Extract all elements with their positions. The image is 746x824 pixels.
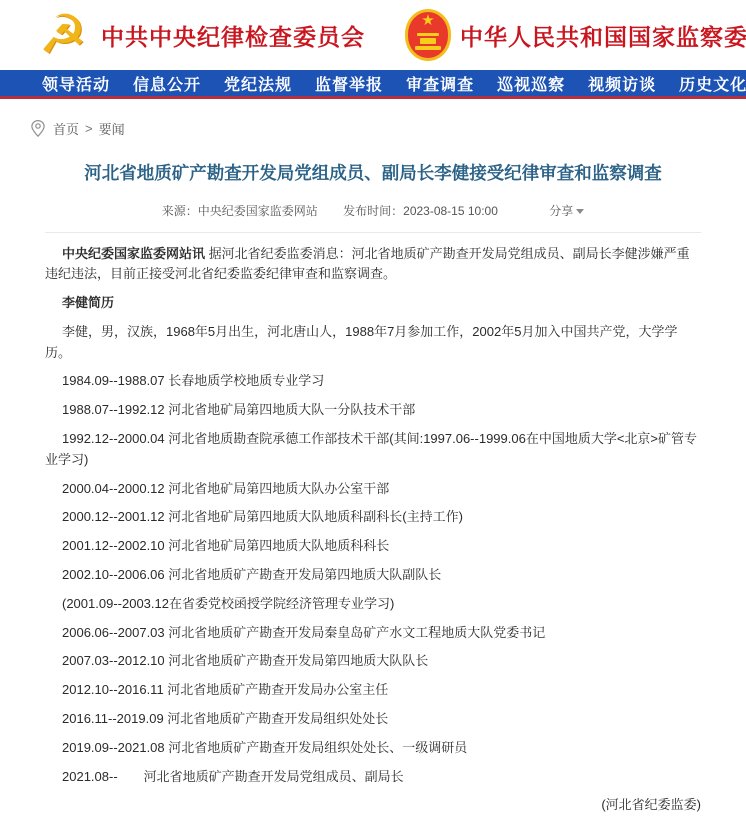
national-emblem-icon: ★	[405, 9, 451, 61]
location-pin-icon	[30, 119, 46, 138]
timeline-entry: 2007.03--2012.10 河北省地质矿产勘查开发局第四地质大队队长	[45, 651, 701, 672]
hammer-and-sickle-icon: ☭	[34, 8, 92, 62]
timeline-entry: 2016.11--2019.09 河北省地质矿产勘查开发局组织处处长	[45, 709, 701, 730]
breadcrumb-current[interactable]: 要闻	[99, 119, 125, 138]
article: 河北省地质矿产勘查开发局党组成员、副局长李健接受纪律审查和监察调查 来源：中央纪…	[0, 161, 746, 816]
meta-source-label: 来源：	[162, 204, 198, 218]
article-body: 中央纪委国家监委网站讯 据河北省纪委监委消息：河北省地质矿产勘查开发局党组成员、…	[45, 244, 701, 817]
nav-item[interactable]: 信息公开	[133, 72, 201, 95]
caret-down-icon	[576, 209, 584, 214]
gate-roof-shape	[417, 33, 439, 36]
article-meta: 来源：中央纪委国家监委网站 发布时间：2023-08-15 10:00 分享	[45, 202, 701, 233]
ccdi-logo-link[interactable]: ☭ 中共中央纪律检查委员会	[34, 8, 365, 62]
meta-source: 来源：中央纪委国家监委网站	[162, 204, 318, 218]
nsc-org-name: 中华人民共和国国家监察委员会	[460, 19, 746, 52]
timeline-entry: 2000.12--2001.12 河北省地矿局第四地质大队地质科副科长(主持工作…	[45, 507, 701, 528]
timeline-entry: 1992.12--2000.04 河北省地质勘查院承德工作部技术干部(其间:19…	[45, 429, 701, 471]
ccdi-org-name: 中共中央纪律检查委员会	[101, 19, 365, 52]
signature: (河北省纪委监委)	[45, 795, 701, 816]
resume-heading: 李健简历	[45, 293, 701, 314]
timeline-entry: (2001.09--2003.12在省委党校函授学院经济管理专业学习)	[45, 594, 701, 615]
breadcrumb-home[interactable]: 首页	[53, 119, 79, 138]
share-label: 分享	[549, 204, 573, 218]
page-title: 河北省地质矿产勘查开发局党组成员、副局长李健接受纪律审查和监察调查	[45, 161, 701, 186]
timeline-entry: 1984.09--1988.07 长春地质学校地质专业学习	[45, 371, 701, 392]
site-header: ☭ 中共中央纪律检查委员会 ★ 中华人民共和国国家监察委员会	[0, 0, 746, 70]
lead-paragraph: 中央纪委国家监委网站讯 据河北省纪委监委消息：河北省地质矿产勘查开发局党组成员、…	[45, 244, 701, 286]
meta-time-value: 2023-08-15 10:00	[403, 204, 498, 218]
gate-body-shape	[420, 38, 436, 44]
breadcrumb: 首页 > 要闻	[30, 119, 746, 138]
nsc-logo-link[interactable]: ★ 中华人民共和国国家监察委员会	[405, 9, 746, 61]
timeline-entry: 2002.10--2006.06 河北省地质矿产勘查开发局第四地质大队副队长	[45, 565, 701, 586]
meta-source-value: 中央纪委国家监委网站	[198, 204, 318, 218]
timeline-entry: 2012.10--2016.11 河北省地质矿产勘查开发局办公室主任	[45, 680, 701, 701]
meta-time-label: 发布时间：	[343, 204, 403, 218]
star-icon: ★	[421, 12, 434, 30]
timeline-entry: 2019.09--2021.08 河北省地质矿产勘查开发局组织处处长、一级调研员	[45, 738, 701, 759]
timeline-entry: 2006.06--2007.03 河北省地质矿产勘查开发局秦皇岛矿产水文工程地质…	[45, 623, 701, 644]
bio-paragraph: 李健，男，汉族，1968年5月出生，河北唐山人，1988年7月参加工作，2002…	[45, 322, 701, 364]
meta-time: 发布时间：2023-08-15 10:00	[343, 204, 498, 218]
gate-base-shape	[415, 46, 441, 50]
nav-item[interactable]: 历史文化	[679, 72, 746, 95]
timeline-entry: 2021.08-- 河北省地质矿产勘查开发局党组成员、副局长	[45, 767, 701, 788]
timeline-entry: 1988.07--1992.12 河北省地矿局第四地质大队一分队技术干部	[45, 400, 701, 421]
share-button[interactable]: 分享	[549, 204, 584, 218]
nav-item[interactable]: 审查调查	[406, 72, 474, 95]
timeline-entry: 2001.12--2002.10 河北省地矿局第四地质大队地质科科长	[45, 536, 701, 557]
nav-item[interactable]: 视频访谈	[588, 72, 656, 95]
nav-item[interactable]: 领导活动	[42, 72, 110, 95]
nav-item[interactable]: 党纪法规	[224, 72, 292, 95]
nav-item[interactable]: 监督举报	[315, 72, 383, 95]
timeline-entry: 2000.04--2000.12 河北省地矿局第四地质大队办公室干部	[45, 479, 701, 500]
main-nav: 领导活动 信息公开 党纪法规 监督举报 审查调查 巡视巡察 视频访谈 历史文化	[0, 70, 746, 99]
nav-item[interactable]: 巡视巡察	[497, 72, 565, 95]
lead-source-bold: 中央纪委国家监委网站讯	[62, 246, 205, 261]
breadcrumb-separator: >	[85, 121, 93, 136]
